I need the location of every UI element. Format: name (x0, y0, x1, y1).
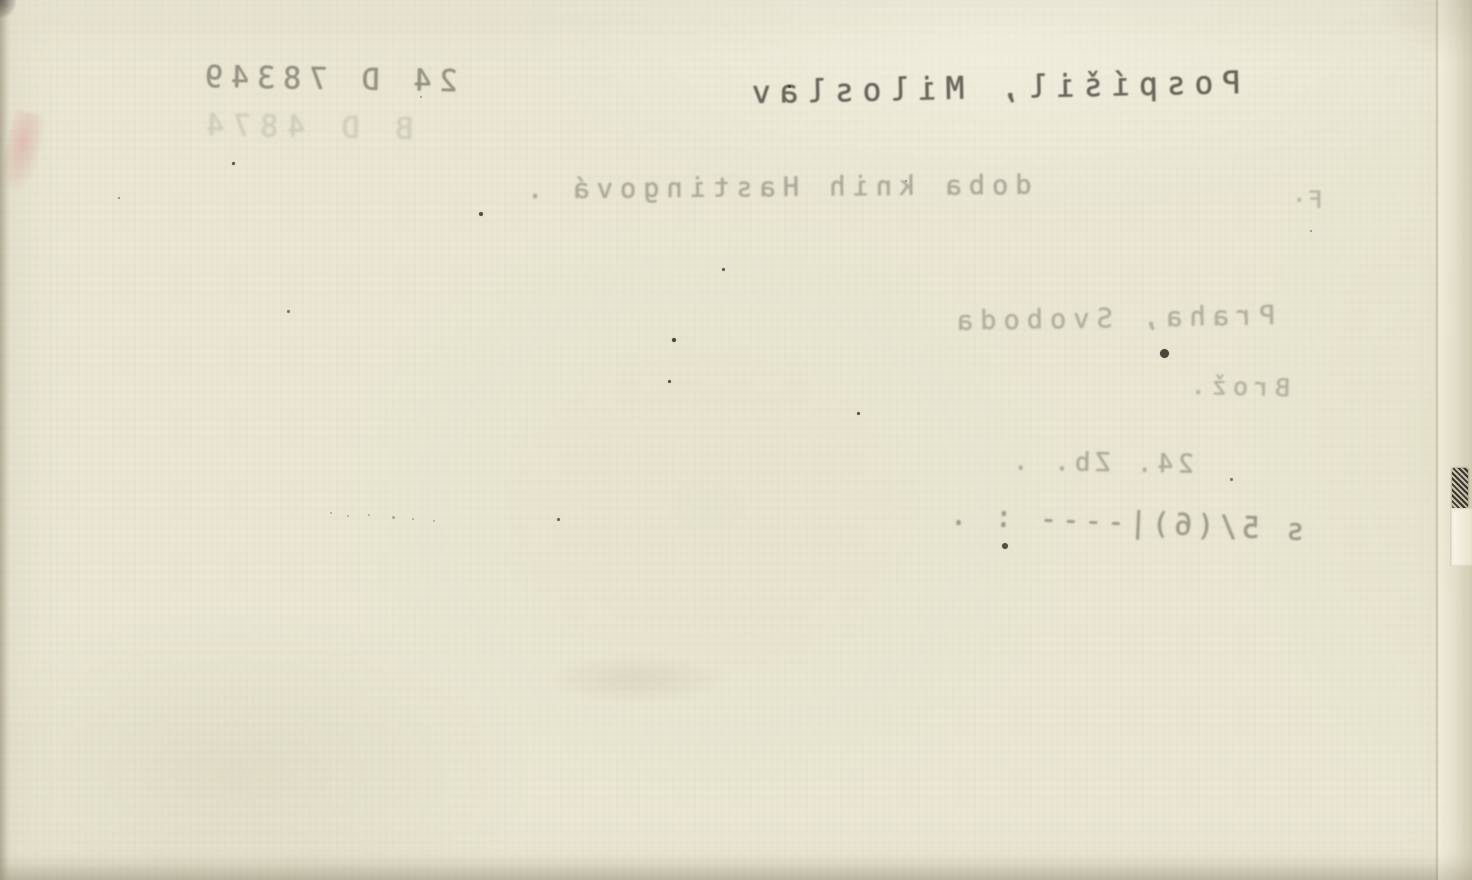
bottom-edge-shade (0, 852, 1472, 880)
left-edge-shadow (0, 0, 8, 880)
pencil-dot (347, 515, 349, 517)
ink-speck (287, 310, 290, 313)
mirrored-line-author: Pospíšil, Miloslav (743, 65, 1242, 111)
pencil-dot (433, 520, 435, 522)
mirrored-line-shelfmark: 24 D 78349 (197, 60, 458, 100)
right-edge-seam (1436, 0, 1438, 880)
mirrored-line-imprint: Praha, Svoboda (950, 300, 1276, 337)
pencil-dot (330, 512, 332, 514)
mirrored-line-notation: s 5/(6)|---- : . (944, 497, 1305, 547)
protruding-paper-tab (1450, 508, 1472, 566)
ink-speck (1160, 349, 1169, 358)
ink-speck (905, 180, 907, 182)
ink-speck (857, 412, 860, 415)
hatched-edge-mark (1452, 468, 1468, 508)
ink-speck (1310, 230, 1312, 232)
ink-speck (557, 518, 560, 521)
mirrored-line-series: 24. Zb. . (1008, 446, 1194, 479)
ink-speck (1230, 478, 1233, 481)
ink-speck (1002, 543, 1008, 549)
pencil-dot (392, 516, 395, 519)
ink-speck (722, 268, 725, 271)
top-left-corner-mark (0, 0, 16, 18)
mirrored-line-binding: Brož. (1185, 371, 1291, 403)
mirrored-line-shelfmark-2: B D 4874 (197, 108, 414, 147)
scanned-card-verso: Pospíšil, Miloslav24 D 78349B D 4874doba… (0, 0, 1472, 880)
ink-speck (118, 197, 120, 199)
top-right-corner-shade (1380, 0, 1472, 60)
right-edge-strip (1438, 0, 1472, 880)
ink-speck (788, 85, 791, 88)
ink-speck (420, 96, 422, 98)
pencil-dot (412, 518, 414, 520)
ink-speck (479, 212, 483, 216)
mirrored-line-title: doba knih Hastingová . (520, 170, 1032, 205)
mirrored-title-first-letter: F· (1290, 186, 1323, 214)
ink-speck (672, 338, 676, 342)
pencil-dot (368, 514, 370, 516)
faint-smudge (545, 655, 730, 703)
ink-speck (232, 162, 235, 165)
ink-speck (668, 380, 671, 383)
